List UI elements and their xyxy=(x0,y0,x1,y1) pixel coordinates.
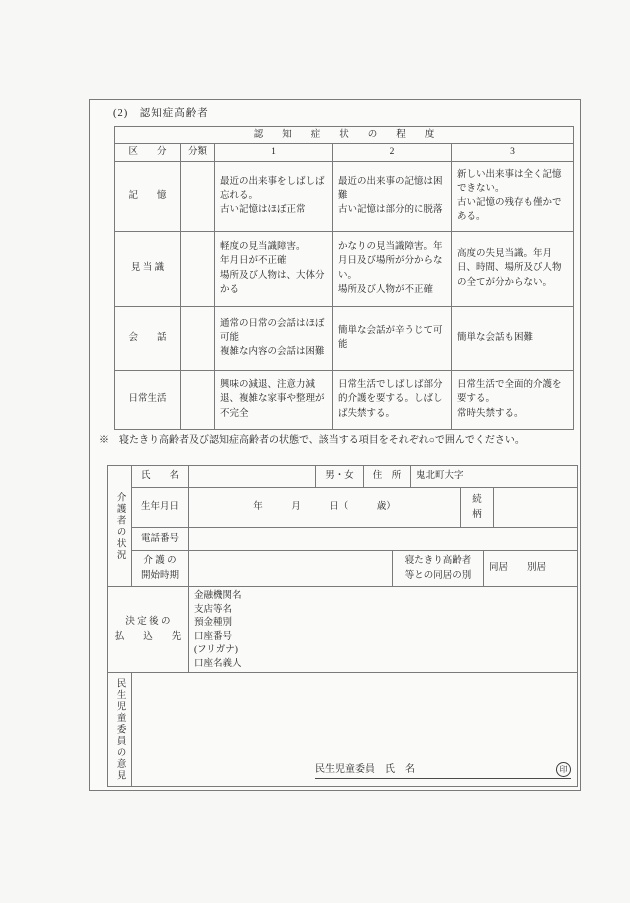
signature-line[interactable]: 民生児童委員 氏 名 印 xyxy=(315,762,571,779)
care-start-label: 介 護 の 開始時期 xyxy=(132,551,189,587)
opinion-field[interactable]: 民生児童委員 氏 名 印 xyxy=(132,673,578,787)
relation-field[interactable] xyxy=(494,488,578,528)
cohabitation-label: 寝たきり高齢者 等との同居の別 xyxy=(393,551,484,587)
table-row: 介護者の状況 氏 名 男・女 住 所 鬼北町大字 xyxy=(108,466,578,488)
scanned-form-page: (2) 認知症高齢者 認 知 症 状 の 程 度 区 分 分類 1 2 3 記 … xyxy=(0,0,630,903)
orientation-level1[interactable]: 軽度の見当識障害。 年月日が不正確 場所及び人物は、大体分かる xyxy=(215,231,333,306)
class-blank-cell[interactable] xyxy=(181,370,215,429)
address-label: 住 所 xyxy=(364,466,411,488)
col-header-1: 1 xyxy=(215,144,333,161)
payment-line-account-holder: 口座名義人 xyxy=(194,658,572,672)
phone-label: 電話番号 xyxy=(132,528,189,551)
table-row: 見 当 識 軽度の見当識障害。 年月日が不正確 場所及び人物は、大体分かる かな… xyxy=(115,231,574,306)
section-title: (2) 認知症高齢者 xyxy=(113,105,209,120)
daily-life-level2[interactable]: 日常生活でしばしば部分的介護を要する。しばしば失禁する。 xyxy=(333,370,452,429)
table-row: 民生児童委員の意見 民生児童委員 氏 名 印 xyxy=(108,673,578,787)
col-header-category: 区 分 xyxy=(115,144,181,161)
class-blank-cell[interactable] xyxy=(181,306,215,370)
payment-destination-label: 決 定 後 の 払 込 先 xyxy=(108,587,189,673)
payment-line-bank: 金融機関名 xyxy=(194,590,572,604)
payment-destination-field[interactable]: 金融機関名 支店等名 預金種別 口座番号 (フリガナ) 口座名義人 xyxy=(189,587,578,673)
row-label-daily-life: 日常生活 xyxy=(115,370,181,429)
dementia-table-title: 認 知 症 状 の 程 度 xyxy=(115,127,574,144)
payment-line-furigana: (フリガナ) xyxy=(194,644,572,658)
table-row: 決 定 後 の 払 込 先 金融機関名 支店等名 預金種別 口座番号 (フリガナ… xyxy=(108,587,578,673)
instruction-note: ※ 寝たきり高齢者及び認知症高齢者の状態で、該当する項目をそれぞれ○で囲んでくだ… xyxy=(99,434,599,448)
cohabitation-options[interactable]: 同居 別居 xyxy=(484,551,578,587)
signature-label: 民生児童委員 氏 名 xyxy=(315,762,415,777)
name-label: 氏 名 xyxy=(132,466,189,488)
seal-mark-icon: 印 xyxy=(556,762,571,777)
row-label-memory: 記 憶 xyxy=(115,161,181,231)
col-header-2: 2 xyxy=(333,144,452,161)
table-row: 電話番号 xyxy=(108,528,578,551)
care-start-field[interactable] xyxy=(189,551,393,587)
daily-life-level1[interactable]: 興味の減退、注意力減退、複雑な家事や整理が不完全 xyxy=(215,370,333,429)
memory-level1[interactable]: 最近の出来事をしばしば忘れる。 古い記憶はほぼ正常 xyxy=(215,161,333,231)
payment-line-account-type: 預金種別 xyxy=(194,617,572,631)
caregiver-side-label: 介護者の状況 xyxy=(108,466,132,587)
table-row: 生年月日 年 月 日（ 歳） 続 柄 xyxy=(108,488,578,528)
birthdate-label: 生年月日 xyxy=(132,488,189,528)
daily-life-level3[interactable]: 日常生活で全面的介護を要する。 常時失禁する。 xyxy=(452,370,574,429)
payment-line-account-number: 口座番号 xyxy=(194,631,572,645)
form-outer-border: (2) 認知症高齢者 認 知 症 状 の 程 度 区 分 分類 1 2 3 記 … xyxy=(89,99,581,791)
class-blank-cell[interactable] xyxy=(181,161,215,231)
payment-line-branch: 支店等名 xyxy=(194,604,572,618)
table-row: 記 憶 最近の出来事をしばしば忘れる。 古い記憶はほぼ正常 最近の出来事の記憶は… xyxy=(115,161,574,231)
conversation-level2[interactable]: 簡単な会話が辛うじて可能 xyxy=(333,306,452,370)
row-label-orientation: 見 当 識 xyxy=(115,231,181,306)
relation-label: 続 柄 xyxy=(461,488,494,528)
col-header-3: 3 xyxy=(452,144,574,161)
dementia-severity-table: 認 知 症 状 の 程 度 区 分 分類 1 2 3 記 憶 最近の出来事をしば… xyxy=(114,126,574,430)
col-header-class: 分類 xyxy=(181,144,215,161)
sex-options[interactable]: 男・女 xyxy=(316,466,364,488)
class-blank-cell[interactable] xyxy=(181,231,215,306)
conversation-level3[interactable]: 簡単な会話も困難 xyxy=(452,306,574,370)
table-row: 日常生活 興味の減退、注意力減退、複雑な家事や整理が不完全 日常生活でしばしば部… xyxy=(115,370,574,429)
orientation-level2[interactable]: かなりの見当識障害。年月日及び場所が分からない。 場所及び人物が不正確 xyxy=(333,231,452,306)
birthdate-field[interactable]: 年 月 日（ 歳） xyxy=(189,488,461,528)
memory-level2[interactable]: 最近の出来事の記憶は困難 古い記憶は部分的に脱落 xyxy=(333,161,452,231)
row-label-conversation: 会 話 xyxy=(115,306,181,370)
conversation-level1[interactable]: 通常の日常の会話はほぼ可能 複雑な内容の会話は困難 xyxy=(215,306,333,370)
phone-field[interactable] xyxy=(189,528,578,551)
memory-level3[interactable]: 新しい出来事は全く記憶できない。 古い記憶の残存も僅かである。 xyxy=(452,161,574,231)
name-field[interactable] xyxy=(189,466,316,488)
address-field[interactable]: 鬼北町大字 xyxy=(411,466,578,488)
opinion-side-label: 民生児童委員の意見 xyxy=(108,673,132,787)
table-row: 介 護 の 開始時期 寝たきり高齢者 等との同居の別 同居 別居 xyxy=(108,551,578,587)
orientation-level3[interactable]: 高度の失見当識。年月日、時間、場所及び人物の全てが分からない。 xyxy=(452,231,574,306)
caregiver-info-table: 介護者の状況 氏 名 男・女 住 所 鬼北町大字 生年月日 年 月 日（ 歳） … xyxy=(107,465,578,787)
table-row: 会 話 通常の日常の会話はほぼ可能 複雑な内容の会話は困難 簡単な会話が辛うじて… xyxy=(115,306,574,370)
